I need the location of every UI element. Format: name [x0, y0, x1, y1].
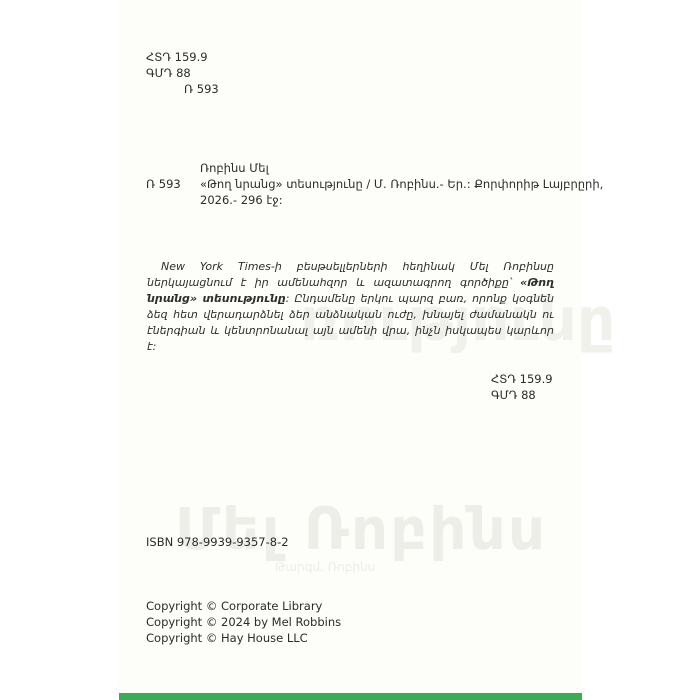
classification-codes-top: ՀՏԴ 159.9 ԳՄԴ 88 Ռ 593: [146, 49, 219, 97]
entry-publication-line: 2026.- 296 էջ:: [200, 192, 283, 208]
copyright-line: Copyright © 2024 by Mel Robbins: [146, 614, 341, 630]
author-mark: Ռ 593: [146, 81, 219, 97]
page-edge-strip: [119, 693, 582, 700]
isbn: ISBN 978-9939-9357-8-2: [146, 534, 289, 550]
gmd-code: ԳՄԴ 88: [146, 65, 219, 81]
classification-codes-bottom: ՀՏԴ 159.9 ԳՄԴ 88: [491, 371, 553, 403]
hsd-code: ՀՏԴ 159.9: [146, 49, 219, 65]
catalog-entry: Ռոբինս Մել Ռ 593 «Թող նրանց» տեսությունը…: [146, 160, 576, 208]
copyright-line: Copyright © Corporate Library: [146, 598, 341, 614]
copyright-line: Copyright © Hay House LLC: [146, 630, 341, 646]
hsd-code-bottom: ՀՏԴ 159.9: [491, 371, 553, 387]
gmd-code-bottom: ԳՄԴ 88: [491, 387, 553, 403]
copyright-block: Copyright © Corporate Library Copyright …: [146, 598, 341, 646]
annotation-paragraph: New York Times-ի բեսթսելլերների հեղինակ …: [147, 259, 554, 355]
entry-author: Ռոբինս Մել: [200, 160, 269, 176]
entry-title-line: «Թող նրանց» տեսությունը / Մ. Ռոբինս.- Եր…: [200, 176, 603, 192]
entry-author-mark: Ռ 593: [146, 176, 200, 192]
annotation-text-1: New York Times-ի բեսթսելլերների հեղինակ …: [147, 260, 554, 289]
